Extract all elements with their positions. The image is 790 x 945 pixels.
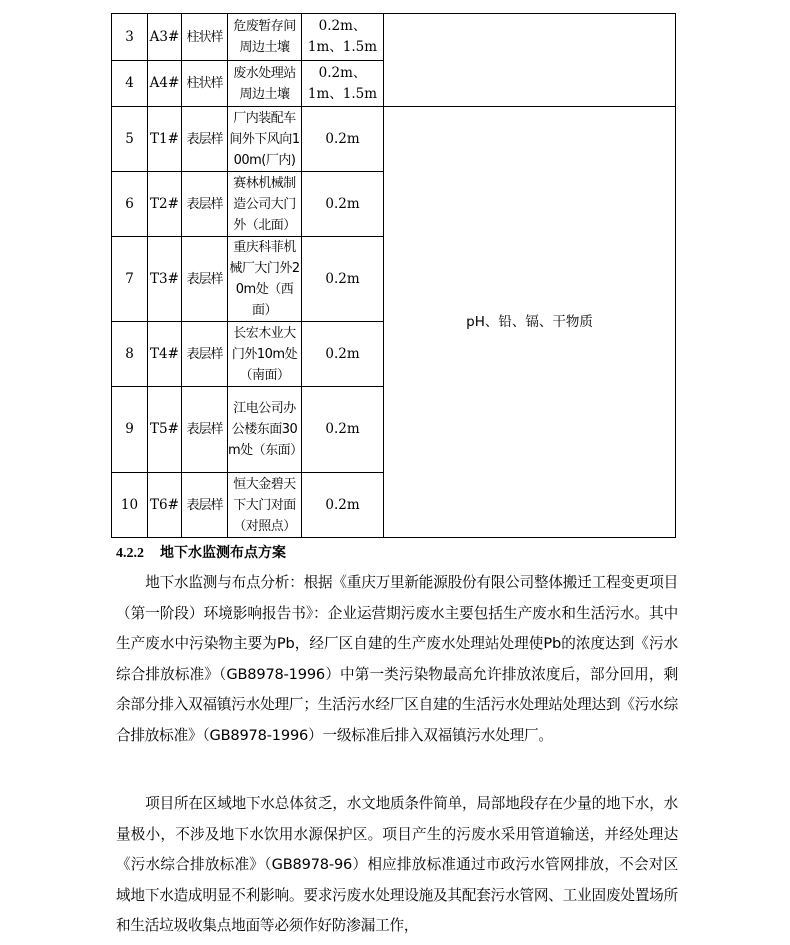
section-heading: 4.2.2地下水监测布点方案 (116, 542, 286, 562)
row-number: 8 (112, 322, 148, 387)
section-title: 地下水监测布点方案 (160, 545, 286, 561)
point-id: T3# (148, 237, 182, 322)
body-paragraph: 项目所在区域地下水总体贫乏，水文地质条件简单，局部地段存在少量的地下水，水量极小… (116, 789, 678, 942)
monitoring-items-cell (384, 14, 676, 107)
sample-type: 表层样 (182, 387, 228, 473)
sample-depth: 0.2m、1m、1.5m (302, 14, 384, 61)
soil-monitoring-table: 3 A3# 柱状样 危废暂存间周边土壤 0.2m、1m、1.5m 4 A4# 柱… (111, 13, 676, 538)
sample-type: 表层样 (182, 322, 228, 387)
point-id: A3# (148, 14, 182, 61)
point-id: T5# (148, 387, 182, 473)
sample-depth: 0.2m (302, 107, 384, 172)
row-number: 5 (112, 107, 148, 172)
sample-location: 厂内装配车间外下风向100m(厂内) (228, 107, 302, 172)
row-number: 10 (112, 473, 148, 538)
point-id: T1# (148, 107, 182, 172)
row-number: 6 (112, 172, 148, 237)
sample-type: 表层样 (182, 172, 228, 237)
row-number: 7 (112, 237, 148, 322)
sample-type: 柱状样 (182, 14, 228, 61)
sample-location: 江电公司办公楼东面30m处（东面） (228, 387, 302, 473)
point-id: A4# (148, 61, 182, 107)
sample-depth: 0.2m (302, 322, 384, 387)
sample-depth: 0.2m、1m、1.5m (302, 61, 384, 107)
sample-type: 表层样 (182, 107, 228, 172)
sample-type: 柱状样 (182, 61, 228, 107)
point-id: T2# (148, 172, 182, 237)
sample-location: 重庆科菲机械厂大门外20m处（西面） (228, 237, 302, 322)
sample-location: 长宏木业大门外10m处（南面） (228, 322, 302, 387)
sample-depth: 0.2m (302, 237, 384, 322)
sample-type: 表层样 (182, 473, 228, 538)
table-row: 5 T1# 表层样 厂内装配车间外下风向100m(厂内) 0.2m pH、铅、镉… (112, 107, 676, 172)
point-id: T4# (148, 322, 182, 387)
row-number: 3 (112, 14, 148, 61)
sample-depth: 0.2m (302, 172, 384, 237)
section-number: 4.2.2 (116, 546, 144, 561)
sample-location: 废水处理站周边土壤 (228, 61, 302, 107)
sample-type: 表层样 (182, 237, 228, 322)
table-row: 3 A3# 柱状样 危废暂存间周边土壤 0.2m、1m、1.5m (112, 14, 676, 61)
row-number: 9 (112, 387, 148, 473)
sample-location: 危废暂存间周边土壤 (228, 14, 302, 61)
sample-depth: 0.2m (302, 473, 384, 538)
body-paragraph: 地下水监测与布点分析：根据《重庆万里新能源股份有限公司整体搬迁工程变更项目（第一… (116, 568, 678, 751)
row-number: 4 (112, 61, 148, 107)
sample-location: 赛林机械制造公司大门外（北面） (228, 172, 302, 237)
monitoring-items-cell: pH、铅、镉、干物质 (384, 107, 676, 538)
sample-depth: 0.2m (302, 387, 384, 473)
point-id: T6# (148, 473, 182, 538)
sample-location: 恒大金碧天下大门对面（对照点） (228, 473, 302, 538)
